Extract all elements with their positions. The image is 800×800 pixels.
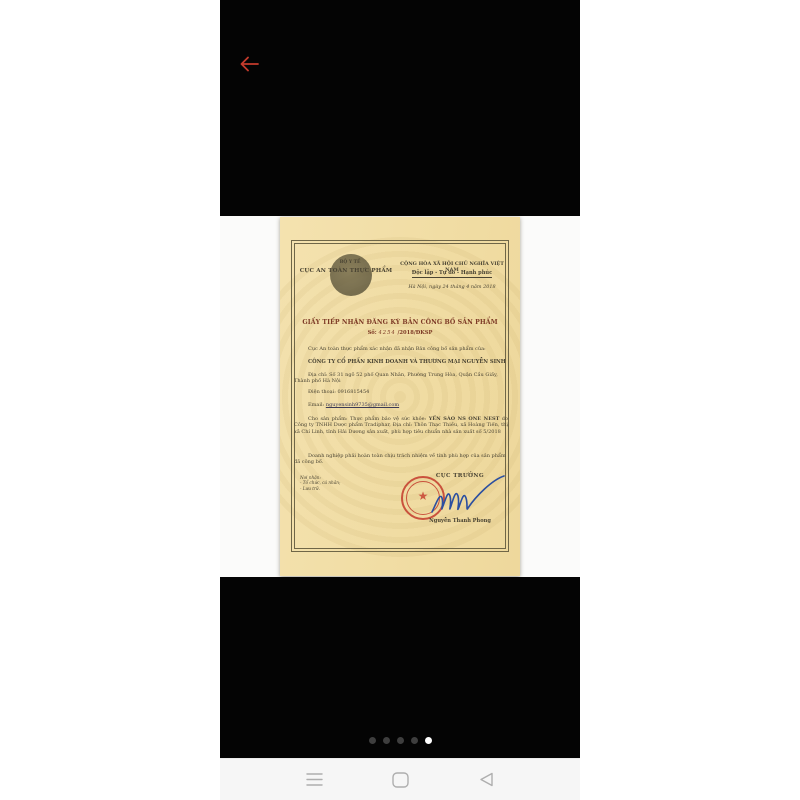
- recipients-item: - Lưu trữ.: [300, 486, 370, 491]
- signature-ink: [426, 474, 510, 524]
- company-name: CÔNG TY CỔ PHẦN KINH DOANH VÀ THƯƠNG MẠI…: [298, 359, 506, 366]
- photo-background: BỘ Y TẾ CỤC AN TOÀN THỰC PHẨM CỘNG HÒA X…: [220, 216, 580, 577]
- national-motto-line2-text: Độc lập - Tự do - Hạnh phúc: [412, 270, 492, 278]
- certificate-title: GIẤY TIẾP NHẬN ĐĂNG KÝ BẢN CÔNG BỐ SẢN P…: [288, 319, 512, 327]
- number-suffix: /2018/ĐKSP: [398, 330, 433, 336]
- ministry-name: BỘ Y TẾ: [300, 260, 400, 266]
- product-paragraph: Cho sản phẩm: Thực phẩm bảo vệ sức khỏe:…: [294, 416, 508, 435]
- phone-screen: BỘ Y TẾ CỤC AN TOÀN THỰC PHẨM CỘNG HÒA X…: [220, 0, 580, 800]
- menu-icon: [306, 772, 323, 787]
- page-dot-2[interactable]: [383, 737, 390, 744]
- back-arrow-icon[interactable]: [237, 52, 261, 76]
- certificate-number-line: Số: 4254 /2018/ĐKSP: [288, 330, 512, 337]
- image-viewer-top-band: [220, 0, 580, 216]
- responsibility-paragraph: Doanh nghiệp phải hoàn toàn chịu trách n…: [294, 453, 508, 466]
- home-button[interactable]: [388, 768, 412, 792]
- company-phone: Điện thoại: 0916815454: [298, 389, 504, 395]
- home-square-icon: [392, 772, 409, 788]
- certificate-photo[interactable]: BỘ Y TẾ CỤC AN TOÀN THỰC PHẨM CỘNG HÒA X…: [280, 217, 520, 576]
- company-email-line: Email: nguyensinh9735@gmail.com: [298, 402, 504, 408]
- image-viewer-bottom-band: [220, 577, 580, 758]
- email-label: Email:: [308, 402, 324, 408]
- signer-name: Nguyễn Thanh Phong: [414, 518, 506, 524]
- intro-paragraph: Cục An toàn thực phẩm xác nhận đã nhận B…: [298, 346, 504, 352]
- department-name: CỤC AN TOÀN THỰC PHẨM: [286, 268, 406, 275]
- page-dot-3[interactable]: [397, 737, 404, 744]
- pagination-dots: [220, 737, 580, 744]
- page-dot-4[interactable]: [411, 737, 418, 744]
- number-handwritten: 4254: [379, 330, 396, 336]
- back-button[interactable]: [474, 768, 498, 792]
- email-address: nguyensinh9735@gmail.com: [326, 402, 399, 408]
- national-motto-line2: Độc lập - Tự do - Hạnh phúc: [394, 270, 510, 276]
- company-address: Địa chỉ: Số 31 ngõ 52 phố Quan Nhân, Phư…: [294, 372, 508, 385]
- issue-date-line: Hà Nội, ngày 24 tháng 4 năm 2018: [394, 284, 510, 290]
- recipients-block: Nơi nhận: - Tổ chức, cá nhân; - Lưu trữ.: [300, 475, 370, 491]
- recent-apps-button[interactable]: [302, 768, 326, 792]
- number-prefix: Số:: [368, 330, 377, 336]
- android-navbar: [220, 758, 580, 800]
- page-dot-5[interactable]: [425, 737, 432, 744]
- page-dot-1[interactable]: [369, 737, 376, 744]
- back-triangle-icon: [478, 771, 495, 788]
